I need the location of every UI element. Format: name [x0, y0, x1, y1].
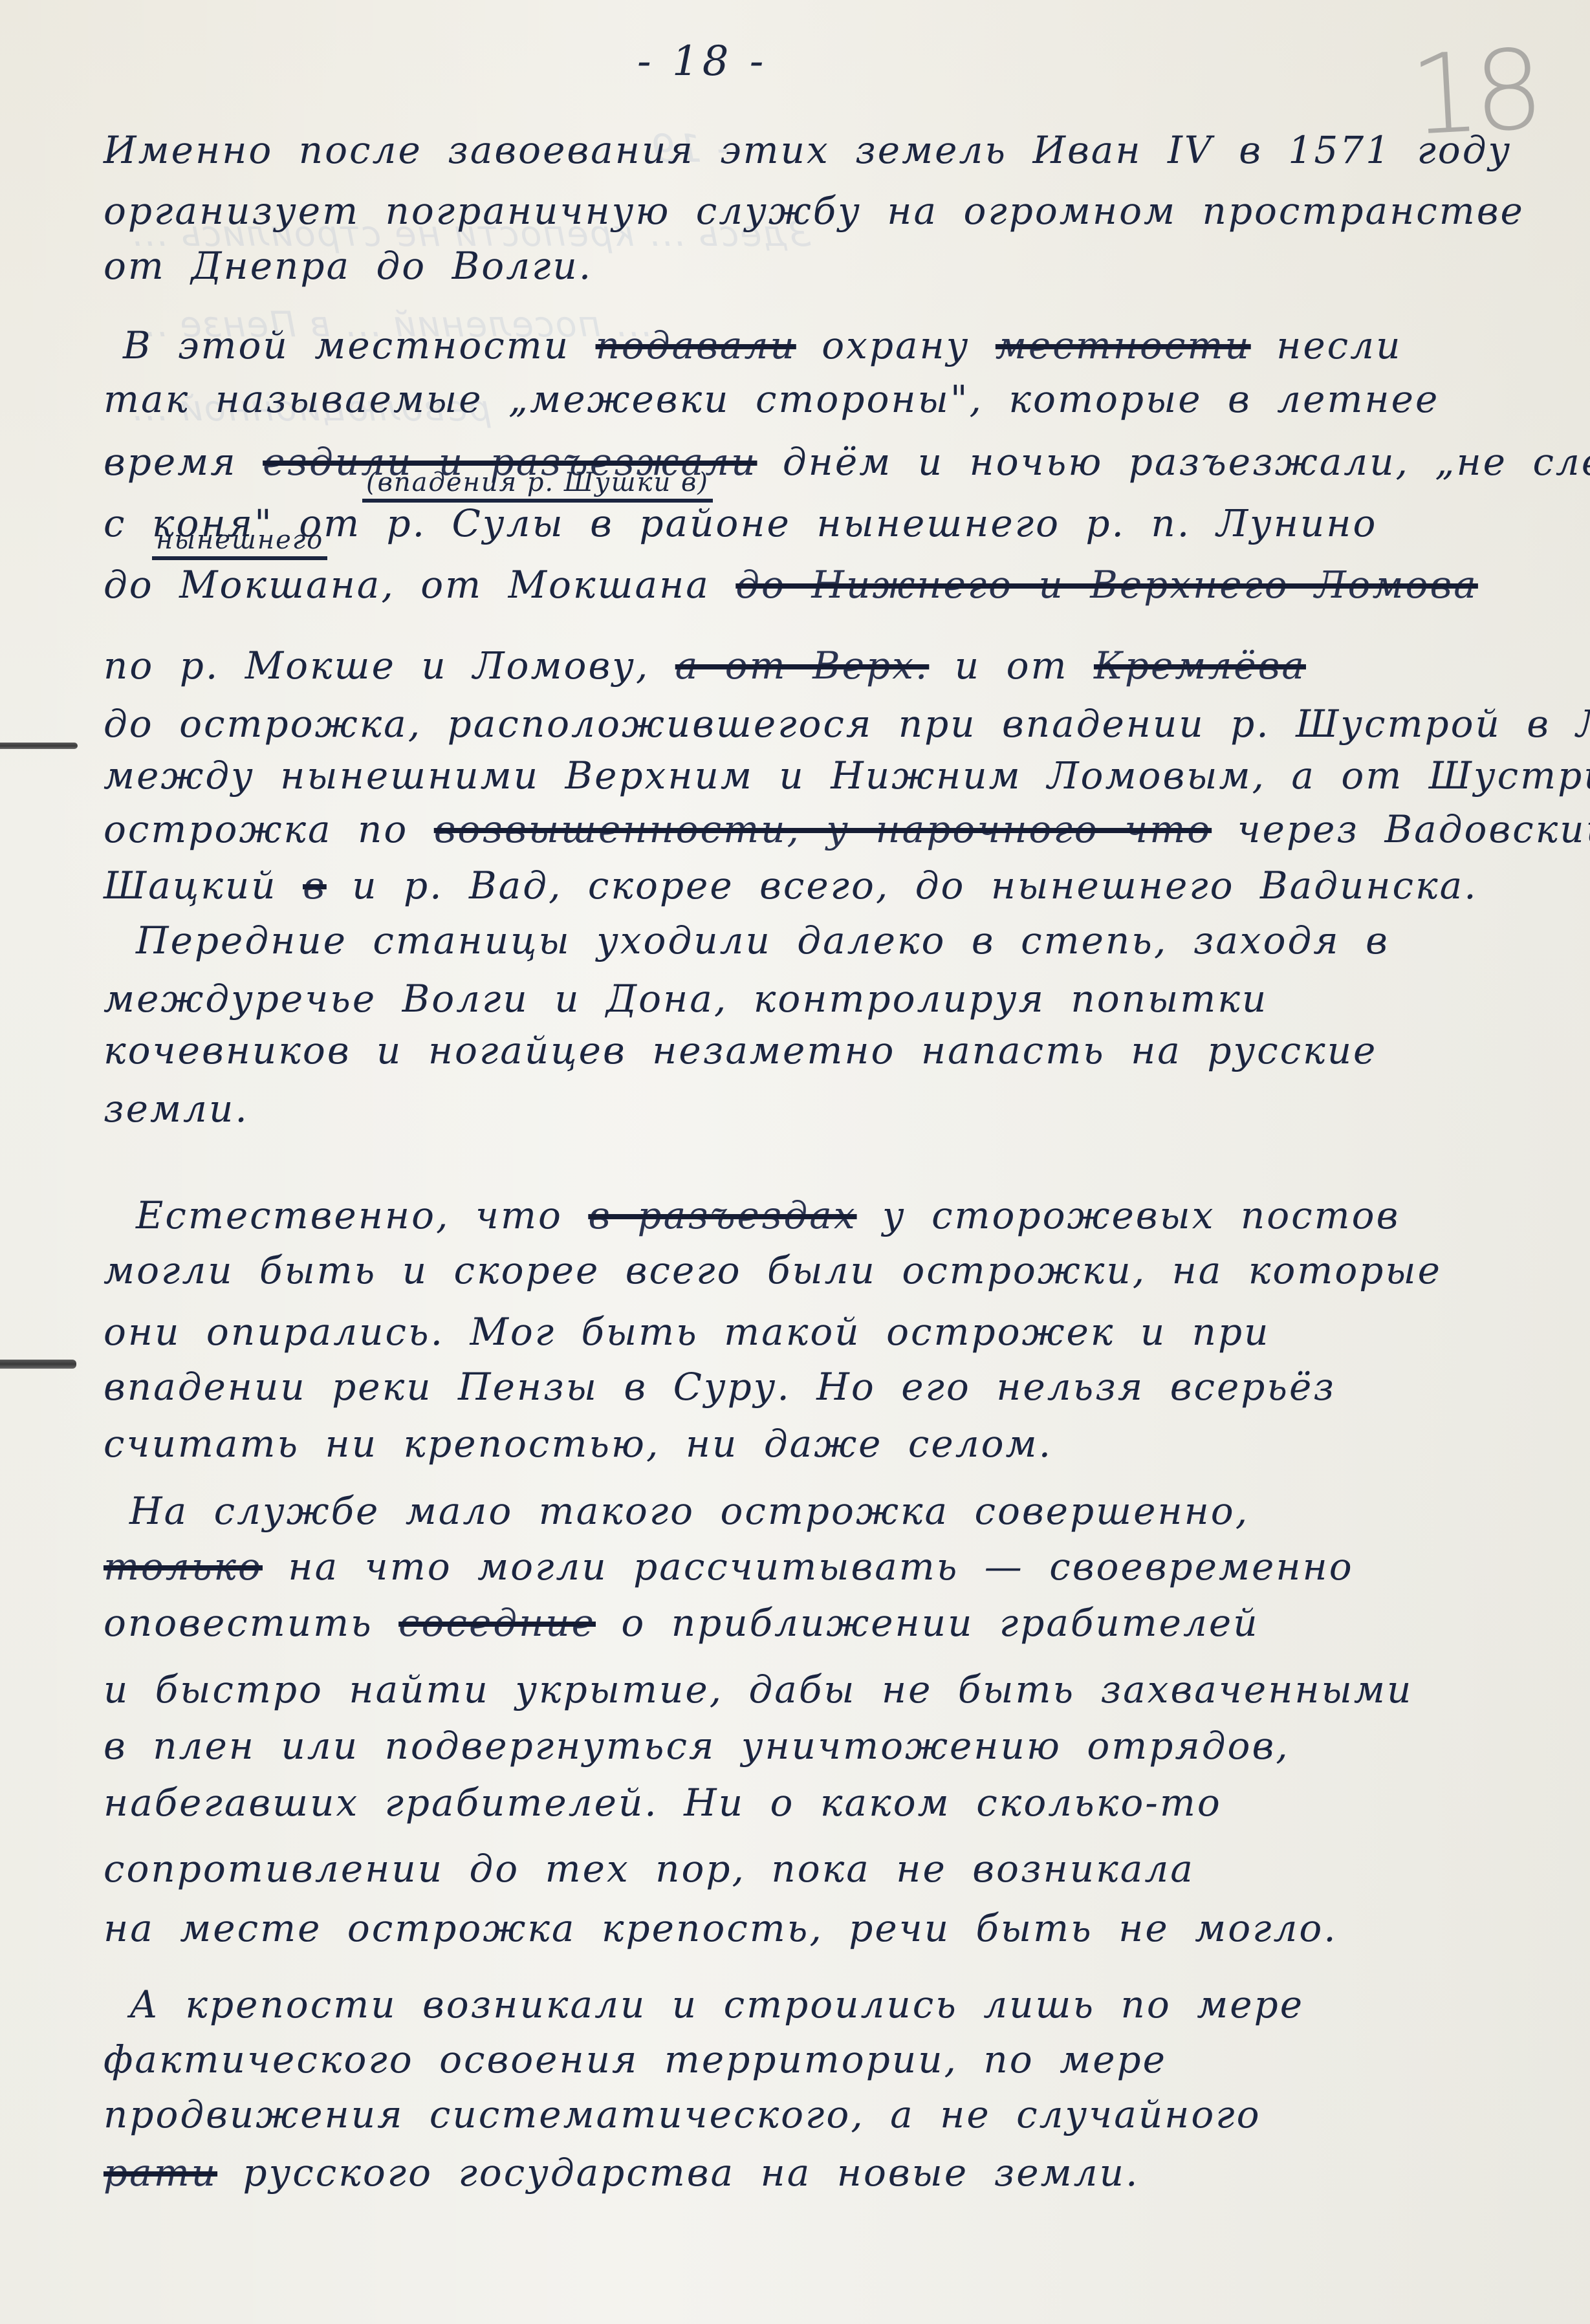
line-text: Именно после завоевания этих земель Иван…	[103, 128, 1512, 172]
manuscript-line: На службе мало такого острожка совершенн…	[129, 1489, 1249, 1533]
manuscript-line: между нынешними Верхним и Нижним Ломовым…	[103, 754, 1590, 798]
line-text: через Вадовский	[1212, 807, 1590, 851]
struck-text: возвышенности, у нарочного что	[434, 807, 1212, 851]
line-text: и быстро найти укрытие, дабы не быть зах…	[103, 1667, 1413, 1711]
line-text: несли	[1251, 323, 1402, 367]
manuscript-line: и быстро найти укрытие, дабы не быть зах…	[103, 1667, 1413, 1711]
line-text: В этой местности	[123, 323, 596, 367]
line-text: Естественно, что	[136, 1193, 588, 1237]
binding-thread-bottom	[0, 1360, 76, 1369]
struck-text: в	[303, 863, 327, 907]
manuscript-line: до острожка, расположившегося при впаден…	[103, 702, 1590, 746]
manuscript-page: - 19 - Здесь ... крепости не строились .…	[0, 0, 1590, 2324]
line-text: организует пограничную службу на огромно…	[103, 189, 1525, 233]
struck-text: в разъездах	[588, 1193, 856, 1237]
manuscript-line: набегавших грабителей. Ни о каком скольк…	[103, 1781, 1222, 1825]
line-text: Шацкий	[103, 863, 303, 907]
manuscript-line: Именно после завоевания этих земель Иван…	[103, 128, 1512, 172]
line-text: на месте острожка крепость, речи быть не…	[103, 1906, 1338, 1950]
manuscript-line: впадении реки Пензы в Суру. Но его нельз…	[103, 1365, 1336, 1409]
handwritten-insertion: (впадения р. Шушки в)	[362, 468, 713, 503]
binding-thread-top	[0, 743, 78, 749]
manuscript-line: сопротивлении до тех пор, пока не возник…	[103, 1847, 1195, 1891]
line-text: по р. Мокше и Ломову,	[103, 644, 675, 688]
line-text: сопротивлении до тех пор, пока не возник…	[103, 1847, 1195, 1891]
line-text: и р. Вад, скорее всего, до нынешнего Вад…	[327, 863, 1478, 907]
handwritten-insertion: нынешнего	[152, 525, 327, 560]
line-text: острожка по	[103, 807, 434, 851]
struck-text: местности	[996, 323, 1251, 367]
line-text: На службе мало такого острожка совершенн…	[129, 1489, 1249, 1533]
line-text: впадении реки Пензы в Суру. Но его нельз…	[103, 1365, 1336, 1409]
line-text: земли.	[103, 1087, 249, 1131]
line-text: между нынешними Верхним и Нижним Ломовым…	[103, 754, 1590, 798]
struck-text: до Нижнего и Верхнего Ломова	[735, 563, 1478, 607]
line-text: фактического освоения территории, по мер…	[103, 2037, 1167, 2081]
manuscript-line: междуречье Волги и Дона, контролируя поп…	[103, 977, 1268, 1021]
struck-text: подавали	[596, 323, 796, 367]
line-text: до острожка, расположившегося при впаден…	[103, 702, 1590, 746]
line-text: у сторожевых постов	[857, 1193, 1400, 1237]
line-text: набегавших грабителей. Ни о каком скольк…	[103, 1781, 1222, 1825]
line-text: до Мокшана, от Мокшана	[103, 563, 735, 607]
manuscript-line: в плен или подвергнуться уничтожению отр…	[103, 1724, 1290, 1768]
manuscript-line: только на что могли рассчитывать — своев…	[103, 1545, 1354, 1589]
page-number-header: - 18 -	[637, 38, 767, 85]
manuscript-line: время ездили и разъезжали днём и ночью р…	[103, 440, 1590, 484]
manuscript-line: Естественно, что в разъездах у сторожевы…	[136, 1193, 1400, 1237]
manuscript-line: В этой местности подавали охрану местнос…	[123, 323, 1402, 367]
manuscript-line: могли быть и скорее всего были острожки,…	[103, 1248, 1442, 1292]
manuscript-line: земли.	[103, 1087, 249, 1131]
line-text: охрану	[796, 323, 996, 367]
manuscript-line: рати русского государства на новые земли…	[103, 2151, 1139, 2195]
line-text: они опирались. Мог быть такой острожек и…	[103, 1310, 1270, 1354]
line-text: русского государства на новые земли.	[217, 2151, 1139, 2195]
line-text: от Днепра до Волги.	[103, 244, 593, 288]
line-text: могли быть и скорее всего были острожки,…	[103, 1248, 1442, 1292]
manuscript-line: организует пограничную службу на огромно…	[103, 189, 1525, 233]
manuscript-line: на месте острожка крепость, речи быть не…	[103, 1906, 1338, 1950]
line-text: кочевников и ногайцев незаметно напасть …	[103, 1028, 1377, 1072]
line-text: оповестить	[103, 1601, 398, 1645]
manuscript-line: Шацкий в и р. Вад, скорее всего, до ныне…	[103, 863, 1478, 907]
manuscript-line: фактического освоения территории, по мер…	[103, 2037, 1167, 2081]
manuscript-line: так называемые „межевки стороны", которы…	[103, 377, 1439, 421]
manuscript-line: считать ни крепостью, ни даже селом.	[103, 1422, 1052, 1466]
manuscript-line: А крепости возникали и строились лишь по…	[129, 1982, 1304, 2026]
line-text: А крепости возникали и строились лишь по…	[129, 1982, 1304, 2026]
manuscript-line: острожка по возвышенности, у нарочного ч…	[103, 807, 1590, 851]
line-text: междуречье Волги и Дона, контролируя поп…	[103, 977, 1268, 1021]
line-text: так называемые „межевки стороны", которы…	[103, 377, 1439, 421]
line-text: о приближении грабителей	[596, 1601, 1259, 1645]
manuscript-line: по р. Мокше и Ломову, а от Верх. и от Кр…	[103, 644, 1306, 688]
struck-text: рати	[103, 2151, 217, 2195]
line-text: Передние станицы уходили далеко в степь,…	[136, 918, 1389, 962]
line-text: на что могли рассчитывать — своевременно	[263, 1545, 1354, 1589]
manuscript-line: продвижения систематического, а не случа…	[103, 2092, 1261, 2136]
manuscript-line: от Днепра до Волги.	[103, 244, 593, 288]
struck-text: только	[103, 1545, 263, 1589]
manuscript-line: до Мокшана, от Мокшана до Нижнего и Верх…	[103, 563, 1478, 607]
struck-text: соседние	[398, 1601, 596, 1645]
line-text: в плен или подвергнуться уничтожению отр…	[103, 1724, 1290, 1768]
struck-text: Кремлёва	[1094, 644, 1306, 688]
manuscript-line: кочевников и ногайцев незаметно напасть …	[103, 1028, 1377, 1072]
line-text: днём и ночью разъезжали, „не слезая	[757, 440, 1590, 484]
manuscript-line: они опирались. Мог быть такой острожек и…	[103, 1310, 1270, 1354]
manuscript-line: оповестить соседние о приближении грабит…	[103, 1601, 1259, 1645]
struck-text: а от Верх.	[675, 644, 930, 688]
line-text: считать ни крепостью, ни даже селом.	[103, 1422, 1052, 1466]
line-text: и от	[929, 644, 1094, 688]
line-text: продвижения систематического, а не случа…	[103, 2092, 1261, 2136]
line-text: время	[103, 440, 263, 484]
manuscript-line: Передние станицы уходили далеко в степь,…	[136, 918, 1389, 962]
